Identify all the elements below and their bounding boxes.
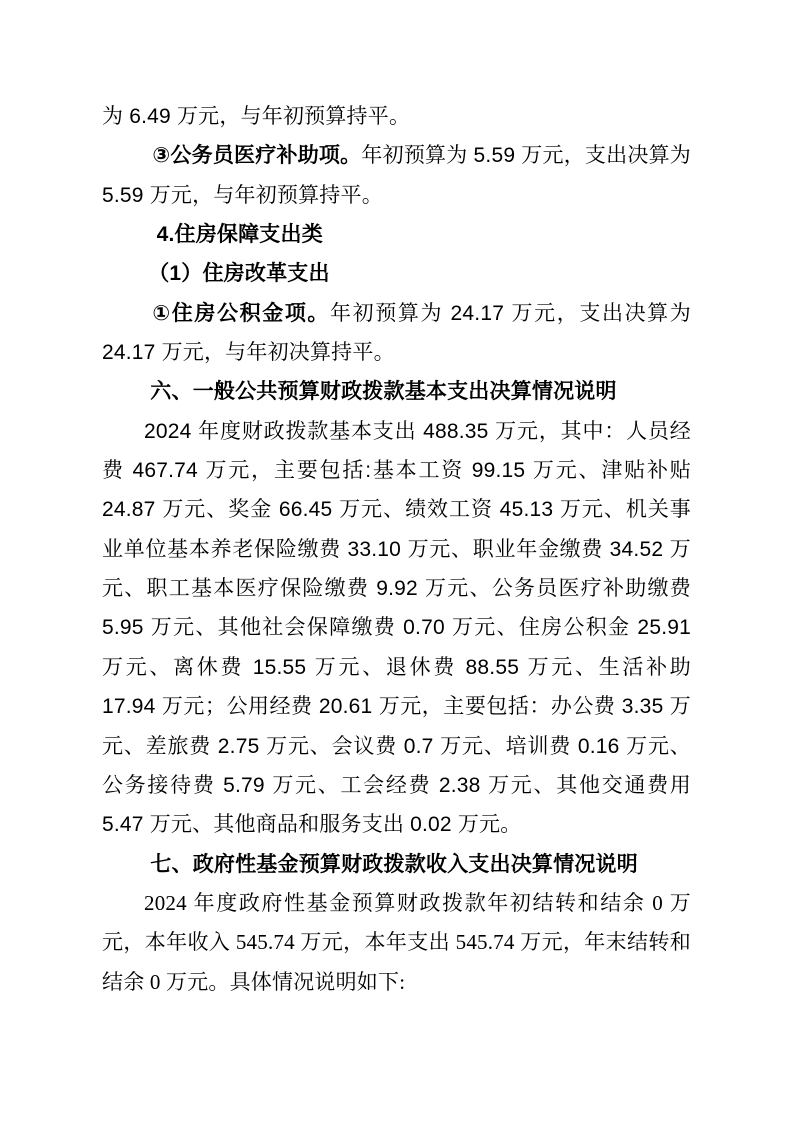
heading-text: （1）住房改革支出 [148,262,329,285]
document-page: 为 6.49 万元，与年初预算持平。 ③公务员医疗补助项。年初预算为 5.59 … [0,0,793,1122]
heading-text: 七、政府性基金预算财政拨款收入支出决算情况说明 [150,853,638,876]
subheading-housing-security: 4.住房保障支出类 [102,215,691,254]
section-heading-six: 六、一般公共预算财政拨款基本支出决算情况说明 [102,372,691,411]
paragraph-housing-fund: ①住房公积金项。年初预算为 24.17 万元，支出决算为 24.17 万元，与年… [102,294,691,373]
paragraph-continuation: 为 6.49 万元，与年初预算持平。 [102,97,691,136]
heading-text: 4.住房保障支出类 [157,223,323,246]
paragraph-government-fund-detail: 2024 年度政府性基金预算财政拨款年初结转和结余 0 万元，本年收入 545.… [102,884,691,1002]
heading-text: 六、一般公共预算财政拨款基本支出决算情况说明 [150,380,616,403]
bold-lead-run: ③公务员医疗补助项。 [152,144,361,167]
text-run: 为 6.49 万元，与年初预算持平。 [102,105,410,128]
document-body: 为 6.49 万元，与年初预算持平。 ③公务员医疗补助项。年初预算为 5.59 … [102,97,691,1002]
section-heading-seven: 七、政府性基金预算财政拨款收入支出决算情况说明 [102,845,691,884]
text-run: 2024 年度财政拨款基本支出 488.35 万元，其中：人员经费 467.74… [102,420,691,836]
text-run: 2024 年度政府性基金预算财政拨款年初结转和结余 0 万元，本年收入 545.… [102,891,691,994]
subheading-housing-reform: （1）住房改革支出 [102,254,691,293]
paragraph-basic-expenditure-detail: 2024 年度财政拨款基本支出 488.35 万元，其中：人员经费 467.74… [102,412,691,845]
paragraph-civil-servant-medical-subsidy: ③公务员医疗补助项。年初预算为 5.59 万元，支出决算为 5.59 万元，与年… [102,136,691,215]
bold-lead-run: ①住房公积金项。 [152,302,330,325]
